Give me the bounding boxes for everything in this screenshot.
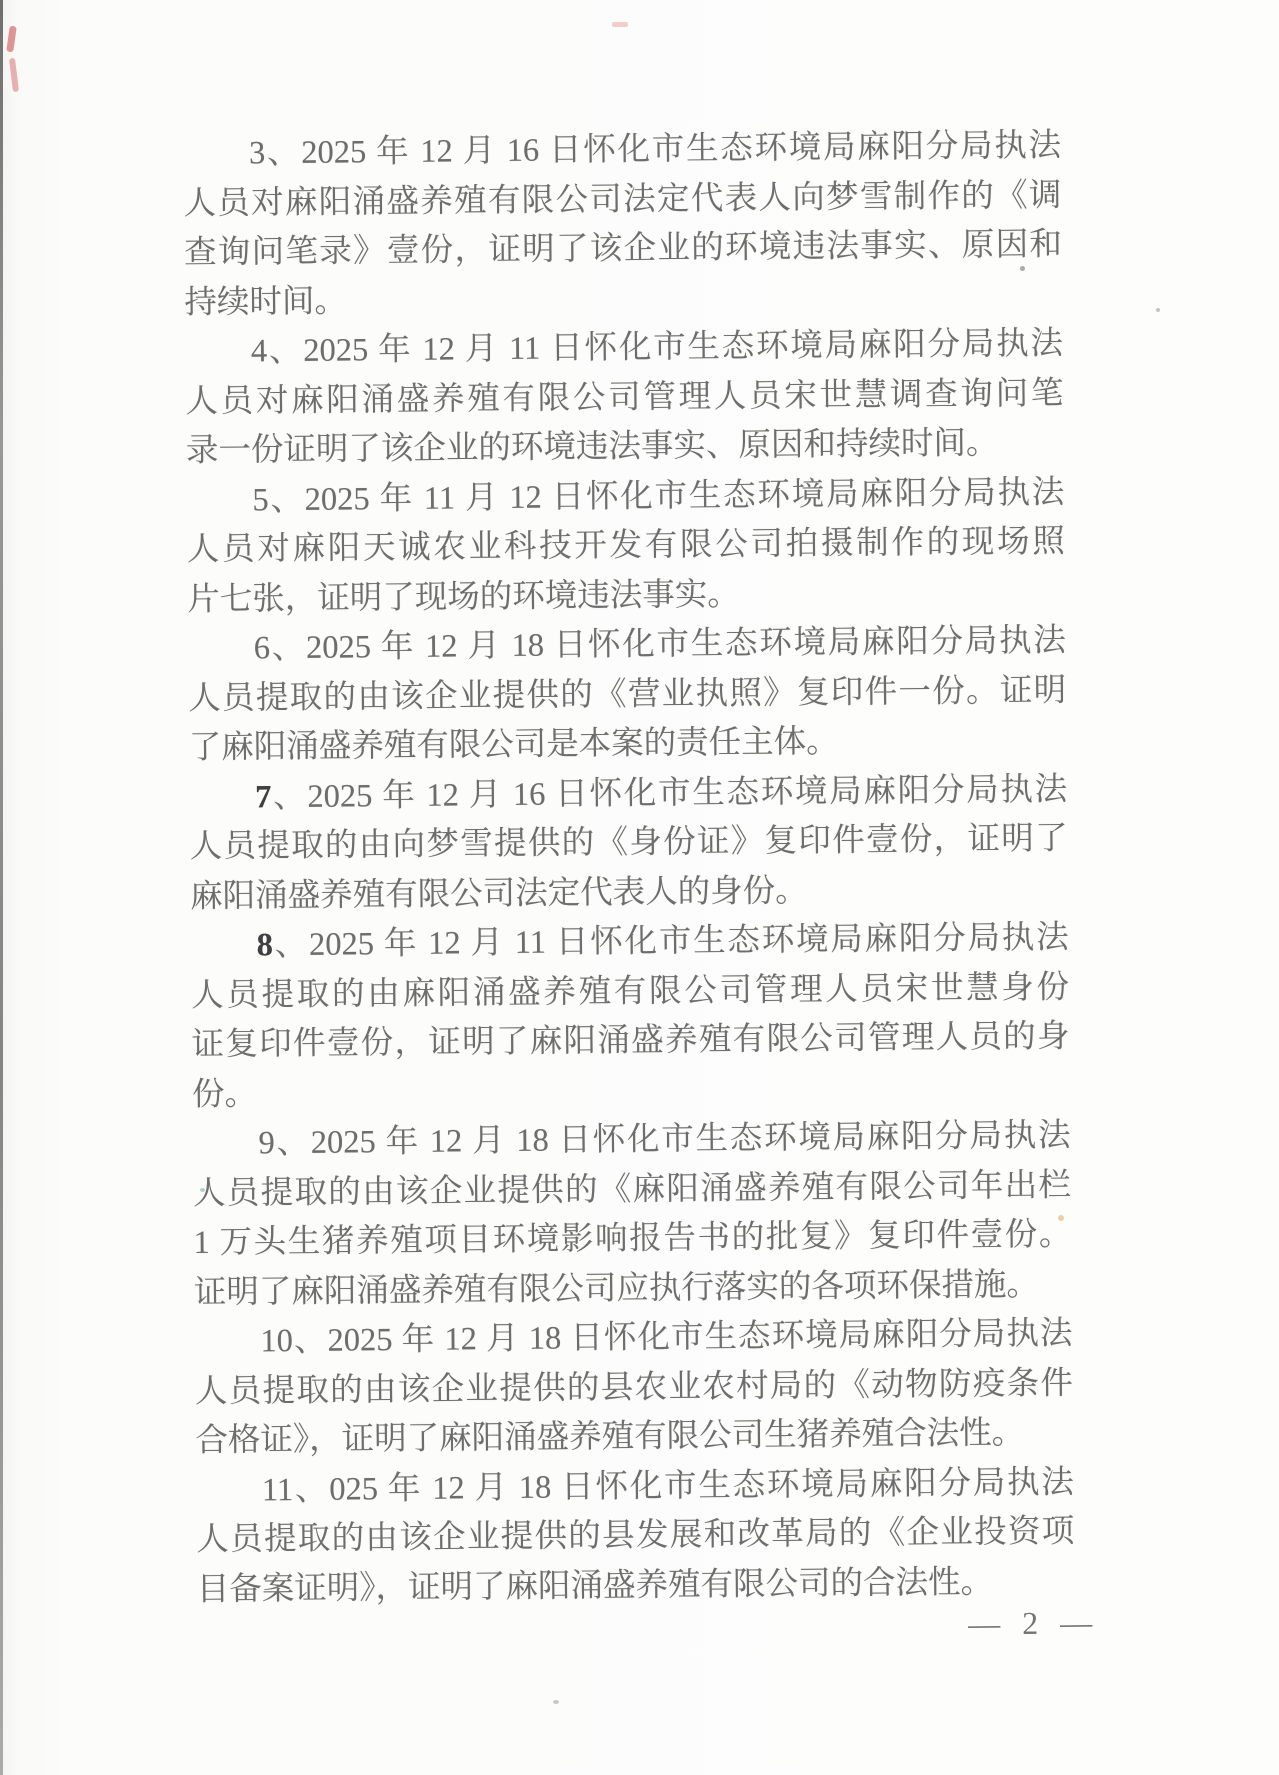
scanned-document-page: 3、2025 年 12 月 16 日怀化市生态环境局麻阳分局执法人员对麻阳涌盛养…	[0, 0, 1279, 1775]
text-line: 人员对麻阳天诚农业科技开发有限公司拍摄制作的现场照	[187, 518, 1065, 576]
text-line: 人员对麻阳涌盛养殖有限公司法定代表人向梦雪制作的《调	[183, 171, 1061, 229]
text-line: 人员提取的由该企业提供的《营业执照》复印件一份。证明	[188, 666, 1066, 724]
text-line: 证明了麻阳涌盛养殖有限公司应执行落实的各项环保措施。	[194, 1260, 1072, 1318]
text-line: 4、2025 年 12 月 11 日怀化市生态环境局麻阳分局执法	[185, 320, 1063, 378]
text-line: 5、2025 年 11 月 12 日怀化市生态环境局麻阳分局执法	[186, 468, 1064, 526]
text-line: 7、2025 年 12 月 16 日怀化市生态环境局麻阳分局执法	[189, 765, 1067, 823]
text-line: 11、025 年 12 月 18 日怀化市生态环境局麻阳分局执法	[196, 1458, 1074, 1516]
text-line: 人员提取的由该企业提供的《麻阳涌盛养殖有限公司年出栏	[193, 1161, 1071, 1219]
text-line: 了麻阳涌盛养殖有限公司是本案的责任主体。	[189, 716, 1067, 774]
text-line: 人员提取的由麻阳涌盛养殖有限公司管理人员宋世慧身份	[191, 963, 1069, 1021]
text-line: 人员提取的由该企业提供的县农业农村局的《动物防疫条件	[195, 1359, 1073, 1417]
evidence-list-text-block: 3、2025 年 12 月 16 日怀化市生态环境局麻阳分局执法人员对麻阳涌盛养…	[183, 122, 1075, 1615]
text-line: 份。	[192, 1062, 1070, 1120]
text-line: 证复印件壹份，证明了麻阳涌盛养殖有限公司管理人员的身	[191, 1013, 1069, 1071]
text-line: 1 万头生猪养殖项目环境影响报告书的批复》复印件壹份。	[193, 1211, 1071, 1269]
text-line: 人员对麻阳涌盛养殖有限公司管理人员宋世慧调查询问笔	[185, 369, 1063, 427]
text-line: 10、2025 年 12 月 18 日怀化市生态环境局麻阳分局执法	[194, 1310, 1072, 1368]
text-line: 目备案证明》，证明了麻阳涌盛养殖有限公司的合法性。	[197, 1557, 1075, 1615]
text-line: 录一份证明了该企业的环境违法事实、原因和持续时间。	[186, 419, 1064, 477]
page-tilt-wrapper: 3、2025 年 12 月 16 日怀化市生态环境局麻阳分局执法人员对麻阳涌盛养…	[0, 0, 1279, 1775]
text-line: 持续时间。	[184, 270, 1062, 328]
text-line: 6、2025 年 12 月 18 日怀化市生态环境局麻阳分局执法	[188, 617, 1066, 675]
text-line: 人员提取的由向梦雪提供的《身份证》复印件壹份，证明了	[189, 815, 1067, 873]
text-line: 片七张，证明了现场的环境违法事实。	[187, 567, 1065, 625]
text-line: 8、2025 年 12 月 11 日怀化市生态环境局麻阳分局执法	[190, 914, 1068, 972]
text-line: 查询问笔录》壹份，证明了该企业的环境违法事实、原因和	[184, 221, 1062, 279]
text-line: 麻阳涌盛养殖有限公司法定代表人的身份。	[190, 864, 1068, 922]
text-line: 9、2025 年 12 月 18 日怀化市生态环境局麻阳分局执法	[192, 1112, 1070, 1170]
page-number: — 2 —	[968, 1604, 1099, 1642]
text-line: 人员提取的由该企业提供的县发展和改革局的《企业投资项	[196, 1508, 1074, 1566]
text-line: 合格证》，证明了麻阳涌盛养殖有限公司生猪养殖合法性。	[195, 1409, 1073, 1467]
text-line: 3、2025 年 12 月 16 日怀化市生态环境局麻阳分局执法	[183, 122, 1061, 180]
